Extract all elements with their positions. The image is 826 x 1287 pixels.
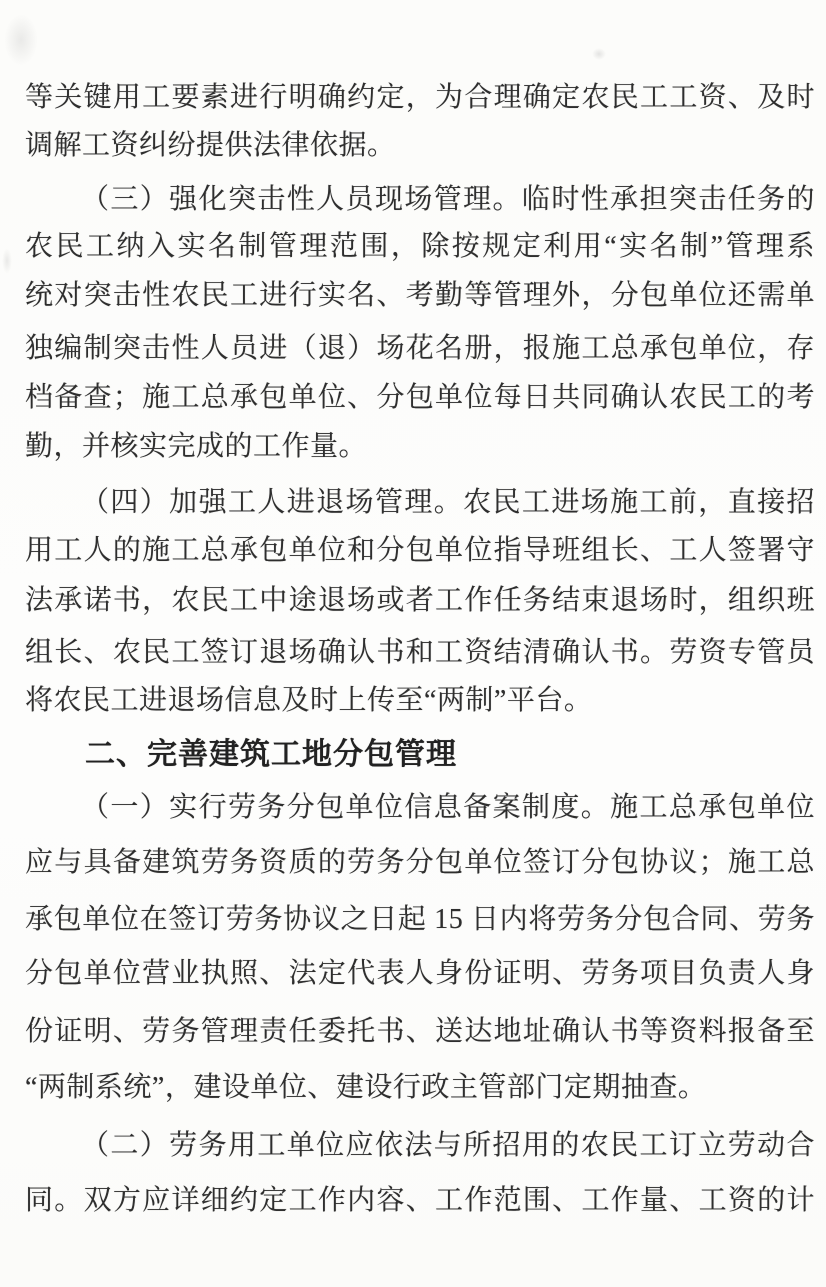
text-line: 农民工纳入实名制管理范围，除按规定利用“实名制”管理系 bbox=[25, 230, 815, 264]
scan-smudge bbox=[4, 14, 38, 66]
text-line: 份证明、劳务管理责任委托书、送达地址确认书等资料报备至 bbox=[25, 1015, 815, 1049]
text-line: （三）强化突击性人员现场管理。临时性承担突击任务的 bbox=[25, 183, 815, 217]
text-line: 组长、农民工签订退场确认书和工资结清确认书。劳资专管员 bbox=[25, 636, 815, 670]
text-line: 将农民工进退场信息及时上传至“两制”平台。 bbox=[25, 684, 815, 718]
scan-smudge bbox=[592, 48, 606, 60]
document-page: 等关键用工要素进行明确约定，为合理确定农民工工资、及时 调解工资纠纷提供法律依据… bbox=[0, 0, 826, 1287]
text-line: “两制系统”，建设单位、建设行政主管部门定期抽查。 bbox=[25, 1071, 815, 1105]
text-line: 分包单位营业执照、法定代表人身份证明、劳务项目负责人身 bbox=[25, 957, 815, 991]
text-line: 独编制突击性人员进（退）场花名册，报施工总承包单位，存 bbox=[25, 332, 815, 366]
text-line: 档备查；施工总承包单位、分包单位每日共同确认农民工的考 bbox=[25, 381, 815, 415]
text-line: （四）加强工人进退场管理。农民工进场施工前，直接招 bbox=[25, 486, 815, 520]
text-line: 应与具备建筑劳务资质的劳务分包单位签订分包协议；施工总 bbox=[25, 846, 815, 880]
text-line: 法承诺书，农民工中途退场或者工作任务结束退场时，组织班 bbox=[25, 584, 815, 618]
text-line: 统对突击性农民工进行实名、考勤等管理外，分包单位还需单 bbox=[25, 279, 815, 313]
text-line: 调解工资纠纷提供法律依据。 bbox=[25, 129, 815, 163]
text-line: 勤，并核实完成的工作量。 bbox=[25, 430, 815, 464]
text-line: 用工人的施工总承包单位和分包单位指导班组长、工人签署守 bbox=[25, 534, 815, 568]
scan-smudge bbox=[2, 248, 12, 274]
text-line: 同。双方应详细约定工作内容、工作范围、工作量、工资的计 bbox=[25, 1184, 815, 1218]
section-heading: 二、完善建筑工地分包管理 bbox=[25, 738, 815, 772]
text-line: （一）实行劳务分包单位信息备案制度。施工总承包单位 bbox=[25, 791, 815, 825]
text-line: （二）劳务用工单位应依法与所招用的农民工订立劳动合 bbox=[25, 1129, 815, 1163]
text-line: 等关键用工要素进行明确约定，为合理确定农民工工资、及时 bbox=[25, 81, 815, 115]
text-line: 承包单位在签订劳务协议之日起 15 日内将劳务分包合同、劳务 bbox=[25, 903, 815, 937]
